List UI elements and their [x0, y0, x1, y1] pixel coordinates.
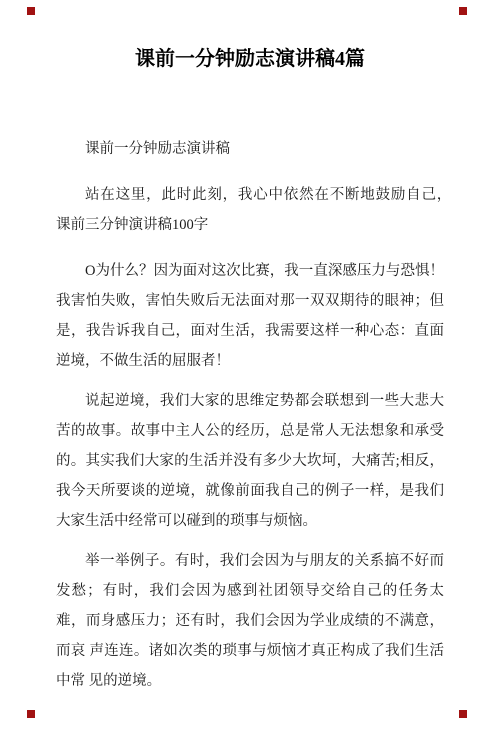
paragraph-2: O为什么？因为面对这次比赛，我一直深感压力与恐惧！我害怕失败，害怕失败后无法面对… — [56, 256, 444, 376]
corner-mark-top-right — [459, 7, 467, 15]
paragraph-subtitle: 课前一分钟励志演讲稿 — [56, 134, 444, 164]
paragraph-4: 举一举例子。有时，我们会因为与朋友的关系搞不好而 发愁；有时，我们会因为感到社团… — [56, 546, 444, 696]
corner-mark-bottom-left — [27, 710, 35, 718]
document-page: 课前一分钟励志演讲稿4篇 课前一分钟励志演讲稿 站在这里，此时此刻，我心中依然在… — [0, 0, 500, 730]
paragraph-3: 说起逆境，我们大家的思维定势都会联想到一些大悲大 苦的故事。故事中主人公的经历，… — [56, 386, 444, 536]
document-title: 课前一分钟励志演讲稿4篇 — [0, 0, 500, 74]
paragraph-1: 站在这里，此时此刻，我心中依然在不断地鼓励自己， 课前三分钟演讲稿100字 — [56, 180, 444, 240]
corner-mark-bottom-right — [459, 710, 467, 718]
corner-mark-top-left — [27, 7, 35, 15]
document-body: 课前一分钟励志演讲稿 站在这里，此时此刻，我心中依然在不断地鼓励自己， 课前三分… — [56, 134, 444, 696]
